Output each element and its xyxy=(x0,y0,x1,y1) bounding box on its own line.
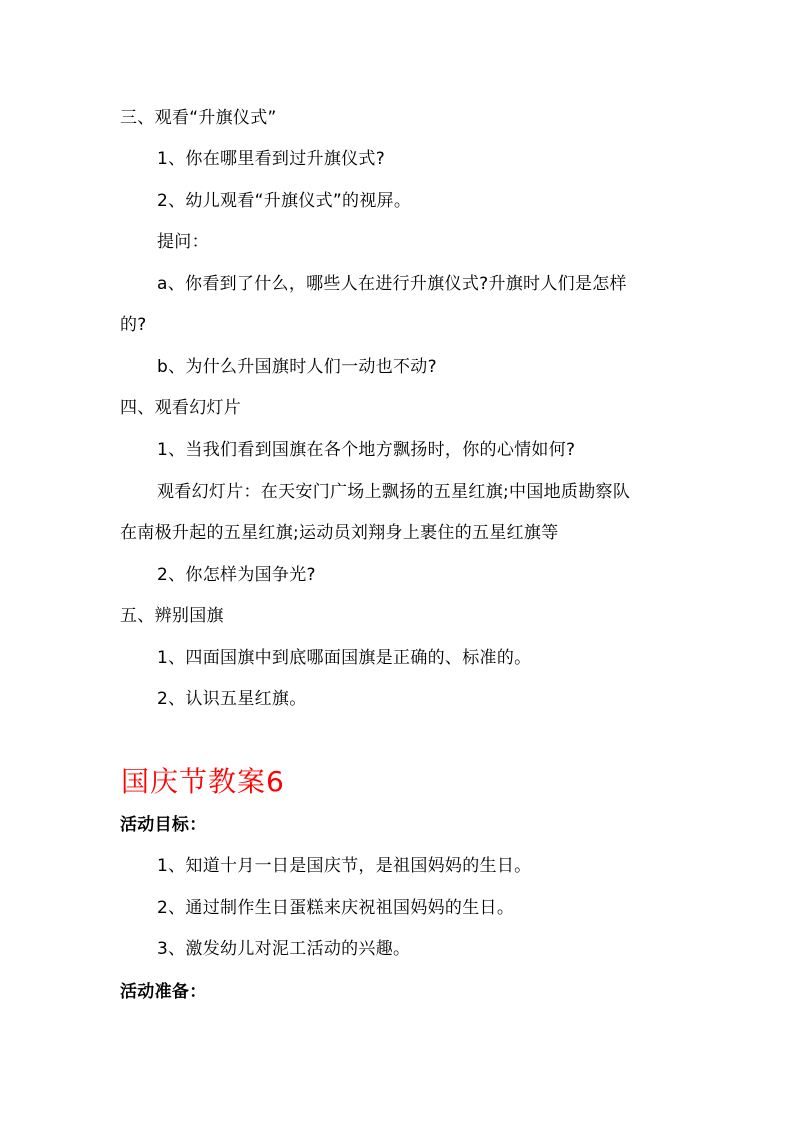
section-4-item-2: 2、你怎样为国争光? xyxy=(157,564,316,586)
slideshow-description: 观看幻灯片：在天安门广场上飘扬的五星红旗;中国地质勘察队 xyxy=(157,481,630,503)
question-a: a、你看到了什么，哪些人在进行升旗仪式?升旗时人们是怎样 xyxy=(157,273,627,295)
section-5-title: 五、辨别国旗 xyxy=(120,605,224,627)
goals-label: 活动目标： xyxy=(120,814,207,836)
goal-3: 3、激发幼儿对泥工活动的兴趣。 xyxy=(157,938,410,960)
section-3-item-2: 2、幼儿观看“升旗仪式”的视屏。 xyxy=(157,190,411,212)
section-3-title: 三、观看“升旗仪式” xyxy=(120,107,277,129)
question-label: 提问： xyxy=(157,231,209,253)
section-3-item-1: 1、你在哪里看到过升旗仪式? xyxy=(157,148,385,170)
lesson-6-heading: 国庆节教案6 xyxy=(121,764,285,800)
slideshow-description-cont: 在南极升起的五星红旗;运动员刘翔身上裹住的五星红旗等 xyxy=(120,522,559,544)
question-a-cont: 的? xyxy=(120,314,147,336)
prep-label: 活动准备： xyxy=(120,981,207,1003)
section-5-item-1: 1、四面国旗中到底哪面国旗是正确的、标准的。 xyxy=(157,647,531,669)
goal-1: 1、知道十月一日是国庆节，是祖国妈妈的生日。 xyxy=(157,855,531,877)
section-4-item-1: 1、当我们看到国旗在各个地方飘扬时，你的心情如何? xyxy=(157,439,575,461)
section-4-title: 四、观看幻灯片 xyxy=(120,397,241,419)
goal-2: 2、通过制作生日蛋糕来庆祝祖国妈妈的生日。 xyxy=(157,897,514,919)
question-b: b、为什么升国旗时人们一动也不动? xyxy=(157,356,437,378)
section-5-item-2: 2、认识五星红旗。 xyxy=(157,688,307,710)
